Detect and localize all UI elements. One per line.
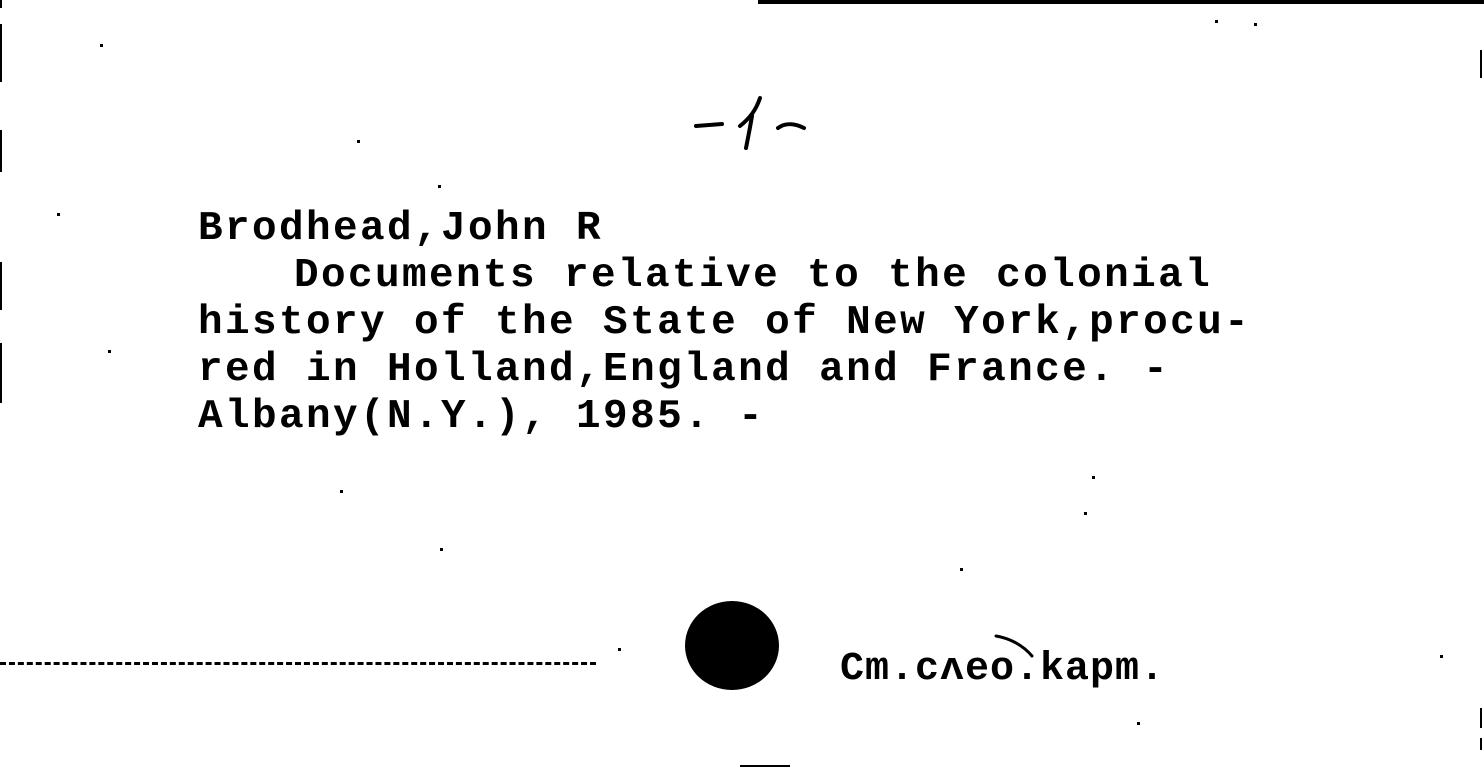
card-top-border [758,0,1484,4]
paper-speck [1254,23,1257,26]
title-line: history of the State of New York,procu- [198,300,1251,347]
dashed-divider [0,662,596,665]
paper-speck [740,765,790,767]
handwritten-page-number [692,86,832,156]
author-heading: Brodhead,John R [198,206,1251,253]
paper-speck [57,213,60,216]
paper-speck [1137,722,1140,725]
card-left-edge [0,262,2,310]
imprint-line: Albany(N.Y.), 1985. - [198,394,1251,441]
hole-punch [685,601,779,690]
paper-speck [1440,655,1443,658]
paper-speck [357,140,360,143]
card-left-edge [0,0,2,8]
card-right-edge [1480,50,1482,78]
handwritten-accent-mark [994,632,1034,658]
paper-speck [438,185,441,188]
card-right-edge [1480,738,1482,750]
paper-speck [100,44,103,47]
card-left-edge [0,130,2,172]
paper-speck [618,648,621,651]
card-right-edge [1480,708,1482,728]
title-line: red in Holland,England and France. - [198,347,1251,394]
catalog-card: Brodhead,John R Documents relative to th… [0,0,1484,770]
bibliographic-entry: Brodhead,John R Documents relative to th… [198,206,1251,441]
paper-speck [108,350,111,353]
paper-speck [1092,476,1095,479]
paper-speck [1215,20,1218,23]
card-left-edge [0,343,2,403]
paper-speck [340,490,343,493]
card-left-edge [0,24,2,82]
paper-speck [1084,512,1087,515]
paper-speck [960,568,963,571]
paper-speck [440,548,443,551]
title-line: Documents relative to the colonial [198,253,1251,300]
